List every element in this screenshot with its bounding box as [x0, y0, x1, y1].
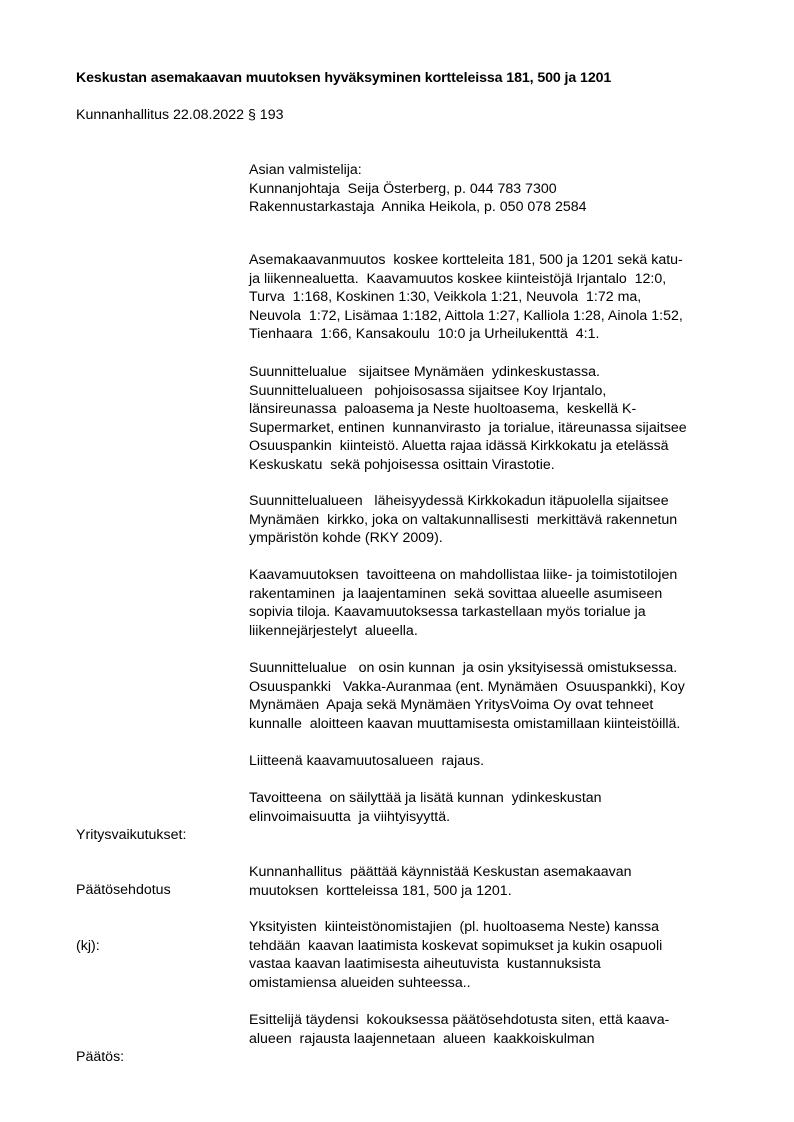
text-line: Neuvola 1:72, Lisämaa 1:182, Aittola 1:2…	[249, 307, 769, 326]
text-line: muutoksen kortteleissa 181, 500 ja 1201.	[249, 882, 769, 901]
business-impacts-text: Tavoitteena on säilyttää ja lisätä kunna…	[249, 789, 769, 826]
text-line: Supermarket, entinen kunnanvirasto ja to…	[249, 419, 769, 438]
text-line: Suunnittelualue on osin kunnan ja osin y…	[249, 659, 769, 678]
text-line: Asemakaavanmuutos koskee kortteleita 181…	[249, 251, 769, 270]
text-line: Tienhaara 1:66, Kansakoulu 10:0 ja Urhei…	[249, 325, 769, 344]
text-line: Turva 1:168, Koskinen 1:30, Veikkola 1:2…	[249, 288, 769, 307]
text-line: omistamiensa alueiden suhteessa..	[249, 974, 769, 993]
text-line: ja liikennealuetta. Kaavamuutos koskee k…	[249, 270, 769, 289]
paragraph-location: Suunnittelualue sijaitsee Mynämäen ydink…	[249, 363, 769, 475]
text-line: kunnalle aloitteen kaavan muuttamisesta …	[249, 715, 769, 734]
text-line: Mynämäen kirkko, joka on valtakunnallise…	[249, 511, 769, 530]
preparers-block: Asian valmistelija: Kunnanjohtaja Seija …	[249, 161, 769, 217]
text-line: elinvoimaisuutta ja viihtyisyyttä.	[249, 808, 769, 827]
text-line: Suunnittelualueen läheisyydessä Kirkkoka…	[249, 492, 769, 511]
text-line: Osuuspankin kiinteistö. Aluetta rajaa id…	[249, 437, 769, 456]
proposal-note: Yksityisten kiinteistönomistajien (pl. h…	[249, 918, 769, 992]
text-line: Kaavamuutoksen tavoitteena on mahdollist…	[249, 566, 769, 585]
text-line: Liitteenä kaavamuutosalueen rajaus.	[249, 752, 769, 771]
text-line: sopivia tiloja. Kaavamuutoksessa tarkast…	[249, 603, 769, 622]
text-line: Osuuspankki Vakka-Auranmaa (ent. Mynämäe…	[249, 678, 769, 697]
text-line: ympäristön kohde (RKY 2009).	[249, 529, 769, 548]
preparers-heading: Asian valmistelija:	[249, 161, 769, 180]
text-line: Suunnittelualueen pohjoisosassa sijaitse…	[249, 382, 769, 401]
paragraph-ownership: Suunnittelualue on osin kunnan ja osin y…	[249, 659, 769, 733]
text-line: tehdään kaavan laatimista koskevat sopim…	[249, 937, 769, 956]
paragraph-scope: Asemakaavanmuutos koskee kortteleita 181…	[249, 251, 769, 344]
proposal-text: Kunnanhallitus päättää käynnistää Keskus…	[249, 863, 769, 900]
preparer-line: Kunnanjohtaja Seija Österberg, p. 044 78…	[249, 180, 769, 199]
proposal-label: Päätösehdotus (kj):	[76, 844, 171, 993]
text-line: Kunnanhallitus päättää käynnistää Keskus…	[249, 863, 769, 882]
meeting-reference: Kunnanhallitus 22.08.2022 § 193	[76, 107, 283, 123]
text-line: Yksityisten kiinteistönomistajien (pl. h…	[249, 918, 769, 937]
text-line: liikennejärjestelyt alueella.	[249, 622, 769, 641]
text-line: Keskuskatu sekä pohjoisessa osittain Vir…	[249, 456, 769, 475]
text-line: vastaa kaavan laatimisesta aiheutuvista …	[249, 955, 769, 974]
text-line: Suunnittelualue sijaitsee Mynämäen ydink…	[249, 363, 769, 382]
text-line: Esittelijä täydensi kokouksessa päätöseh…	[249, 1011, 769, 1030]
preparer-line: Rakennustarkastaja Annika Heikola, p. 05…	[249, 198, 769, 217]
text-line: alueen rajausta laajennetaan alueen kaak…	[249, 1030, 769, 1049]
decision-text: Esittelijä täydensi kokouksessa päätöseh…	[249, 1011, 769, 1048]
paragraph-attachment: Liitteenä kaavamuutosalueen rajaus.	[249, 752, 769, 771]
paragraph-church: Suunnittelualueen läheisyydessä Kirkkoka…	[249, 492, 769, 548]
text-line: länsireunassa paloasema ja Neste huoltoa…	[249, 400, 769, 419]
decision-label: Päätös:	[76, 1011, 124, 1104]
text-line: rakentaminen ja laajentaminen sekä sovit…	[249, 585, 769, 604]
paragraph-objective: Kaavamuutoksen tavoitteena on mahdollist…	[249, 566, 769, 640]
text-line: Tavoitteena on säilyttää ja lisätä kunna…	[249, 789, 769, 808]
text-line: Mynämäen Apaja sekä Mynämäen YritysVoima…	[249, 696, 769, 715]
document-title: Keskustan asemakaavan muutoksen hyväksym…	[76, 70, 611, 86]
